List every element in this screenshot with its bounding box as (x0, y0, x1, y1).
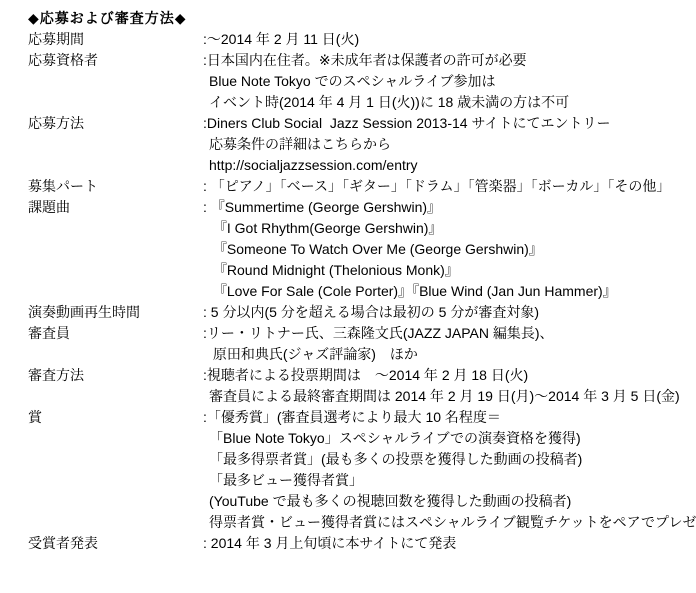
field-label-application-period: 応募期間 (28, 29, 203, 50)
field-label-judges: 審査員 (28, 323, 203, 344)
field-value-line: Blue Note Tokyo でのスペシャルライブ参加は (203, 71, 696, 92)
field-value-line: 『Love For Sale (Cole Porter)』『Blue Wind … (203, 281, 696, 302)
field-label-judging-method: 審査方法 (28, 365, 203, 386)
field-value-recruited-parts: : 「ピアノ」「ベース」「ギター」「ドラム」「管楽器」「ボーカル」「その他」 (203, 176, 696, 197)
field-value-line: 審査員による最終審査期間は 2014 年 2 月 19 日(月)～2014 年 … (203, 386, 696, 407)
field-value-line: :Diners Club Social Jazz Session 2013-14… (203, 113, 696, 134)
field-row-recruited-parts: 募集パート : 「ピアノ」「ベース」「ギター」「ドラム」「管楽器」「ボーカル」「… (28, 176, 696, 197)
field-value-judges: :リー・リトナー氏、三森隆文氏(JAZZ JAPAN 編集長)、 原田和典氏(ジ… (203, 323, 696, 365)
field-value-judging-method: :視聴者による投票期間は ～2014 年 2 月 18 日(火) 審査員による最… (203, 365, 696, 407)
field-row-assigned-songs: 課題曲 : 『Summertime (George Gershwin)』 『I … (28, 197, 696, 302)
field-label-application-method: 応募方法 (28, 113, 203, 134)
field-row-video-play-time: 演奏動画再生時間 : 5 分以内(5 分を超える場合は最初の 5 分が審査対象) (28, 302, 696, 323)
field-row-eligibility: 応募資格者 :日本国内在住者。※未成年者は保護者の許可が必要 Blue Note… (28, 50, 696, 113)
field-value-line: :～2014 年 2 月 11 日(火) (203, 29, 696, 50)
field-value-line: 「最多得票者賞」(最も多くの投票を獲得した動画の投稿者) (203, 449, 696, 470)
field-value-winner-announcement: : 2014 年 3 月上旬頃に本サイトにて発表 (203, 533, 696, 554)
field-row-prizes: 賞 :「優秀賞」(審査員選考により最大 10 名程度＝ 「Blue Note T… (28, 407, 696, 533)
field-value-line: 『Someone To Watch Over Me (George Gershw… (203, 239, 696, 260)
field-row-application-period: 応募期間 :～2014 年 2 月 11 日(火) (28, 29, 696, 50)
field-value-application-method: :Diners Club Social Jazz Session 2013-14… (203, 113, 696, 176)
section-title: ◆応募および審査方法◆ (28, 8, 696, 29)
field-value-line: (YouTube で最も多くの視聴回数を獲得した動画の投稿者) (203, 491, 696, 512)
field-value-line: 『Round Midnight (Thelonious Monk)』 (203, 260, 696, 281)
field-value-assigned-songs: : 『Summertime (George Gershwin)』 『I Got … (203, 197, 696, 302)
field-value-line: 得票者賞・ビュー獲得者賞にはスペシャルライブ観覧チケットをペアでプレゼント (203, 512, 696, 533)
field-row-winner-announcement: 受賞者発表 : 2014 年 3 月上旬頃に本サイトにて発表 (28, 533, 696, 554)
field-row-judging-method: 審査方法 :視聴者による投票期間は ～2014 年 2 月 18 日(火) 審査… (28, 365, 696, 407)
field-value-line: :「優秀賞」(審査員選考により最大 10 名程度＝ (203, 407, 696, 428)
field-value-line: 「最多ビュー獲得者賞」 (203, 470, 696, 491)
field-value-line: : 5 分以内(5 分を超える場合は最初の 5 分が審査対象) (203, 302, 696, 323)
field-value-line: : 「ピアノ」「ベース」「ギター」「ドラム」「管楽器」「ボーカル」「その他」 (203, 176, 696, 197)
field-label-assigned-songs: 課題曲 (28, 197, 203, 218)
field-value-line: : 『Summertime (George Gershwin)』 (203, 197, 696, 218)
field-value-line: 応募条件の詳細はこちらから (203, 134, 696, 155)
field-value-line: 『I Got Rhythm(George Gershwin)』 (203, 218, 696, 239)
entry-url: http://socialjazzsession.com/entry (203, 155, 696, 176)
field-value-line: :視聴者による投票期間は ～2014 年 2 月 18 日(火) (203, 365, 696, 386)
field-value-application-period: :～2014 年 2 月 11 日(火) (203, 29, 696, 50)
field-value-video-play-time: : 5 分以内(5 分を超える場合は最初の 5 分が審査対象) (203, 302, 696, 323)
field-value-line: : 2014 年 3 月上旬頃に本サイトにて発表 (203, 533, 696, 554)
field-value-eligibility: :日本国内在住者。※未成年者は保護者の許可が必要 Blue Note Tokyo… (203, 50, 696, 113)
field-value-line: 原田和典氏(ジャズ評論家) ほか (203, 344, 696, 365)
field-value-line: :日本国内在住者。※未成年者は保護者の許可が必要 (203, 50, 696, 71)
field-value-line: :リー・リトナー氏、三森隆文氏(JAZZ JAPAN 編集長)、 (203, 323, 696, 344)
field-label-eligibility: 応募資格者 (28, 50, 203, 71)
field-row-judges: 審査員 :リー・リトナー氏、三森隆文氏(JAZZ JAPAN 編集長)、 原田和… (28, 323, 696, 365)
field-value-prizes: :「優秀賞」(審査員選考により最大 10 名程度＝ 「Blue Note Tok… (203, 407, 696, 533)
field-label-video-play-time: 演奏動画再生時間 (28, 302, 203, 323)
field-label-prizes: 賞 (28, 407, 203, 428)
field-row-application-method: 応募方法 :Diners Club Social Jazz Session 20… (28, 113, 696, 176)
field-value-line: イベント時(2014 年 4 月 1 日(火))に 18 歳未満の方は不可 (203, 92, 696, 113)
application-and-judging-document: ◆応募および審査方法◆ 応募期間 :～2014 年 2 月 11 日(火) 応募… (0, 0, 696, 554)
field-label-winner-announcement: 受賞者発表 (28, 533, 203, 554)
field-label-recruited-parts: 募集パート (28, 176, 203, 197)
field-value-line: 「Blue Note Tokyo」スペシャルライブでの演奏資格を獲得) (203, 428, 696, 449)
